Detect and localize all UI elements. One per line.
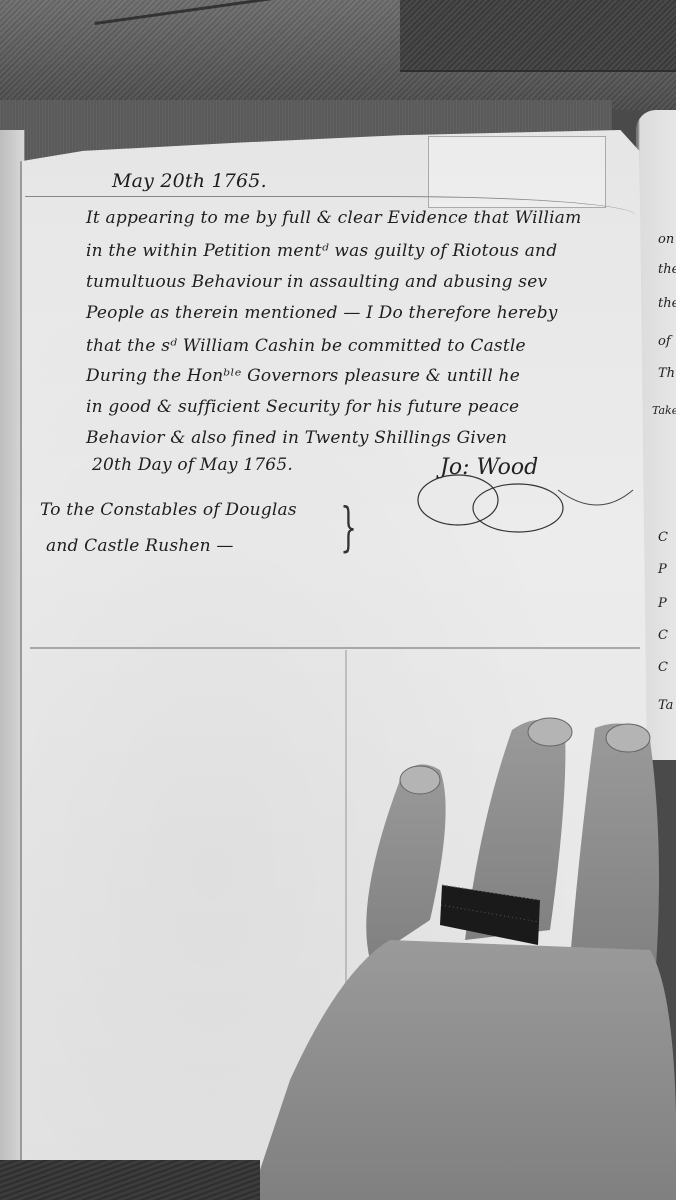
back-of-hand [250, 940, 676, 1200]
facing-page-text: C [658, 628, 668, 643]
fingernail [528, 718, 572, 746]
fabric-bottom [0, 1160, 260, 1200]
facing-page-text: Taken [652, 404, 676, 417]
finger-ring [570, 724, 659, 980]
body-line: It appearing to me by full & clear Evide… [86, 208, 581, 228]
fingernail [400, 766, 440, 794]
date-heading: May 20th 1765. [112, 170, 267, 192]
facing-page-text: of [658, 334, 671, 349]
body-line: People as therein mentioned — I Do there… [86, 303, 558, 323]
brace-mark: } [340, 498, 357, 558]
body-line: During the Honᵇˡᵉ Governors pleasure & u… [86, 366, 520, 386]
facing-page-text: P [658, 596, 667, 611]
address-line: To the Constables of Douglas [40, 500, 297, 520]
body-line: 20th Day of May 1765. [92, 455, 293, 475]
finger-index [366, 764, 445, 960]
body-line: tumultuous Behaviour in assaulting and a… [86, 272, 547, 292]
facing-page-text: on [658, 232, 674, 247]
body-line: Behavior & also fined in Twenty Shilling… [86, 428, 507, 448]
hand [250, 700, 676, 1200]
facing-page-text: Th [658, 366, 675, 381]
facing-page-text: the [658, 296, 676, 311]
facing-page-text: P [658, 562, 667, 577]
facing-page-text: C [658, 530, 668, 545]
facing-page-text: C [658, 660, 668, 675]
fingernail [606, 724, 650, 752]
signature-flourish [408, 470, 638, 540]
body-line: in the within Petition mentᵈ was guilty … [86, 241, 557, 261]
fabric-background-right [400, 0, 676, 72]
address-line: and Castle Rushen — [46, 536, 234, 556]
page-fold-horizontal [30, 647, 640, 649]
body-line: in good & sufficient Security for his fu… [86, 397, 519, 417]
body-line: that the sᵈ William Cashin be committed … [86, 336, 526, 356]
facing-page-text: the [658, 262, 676, 277]
